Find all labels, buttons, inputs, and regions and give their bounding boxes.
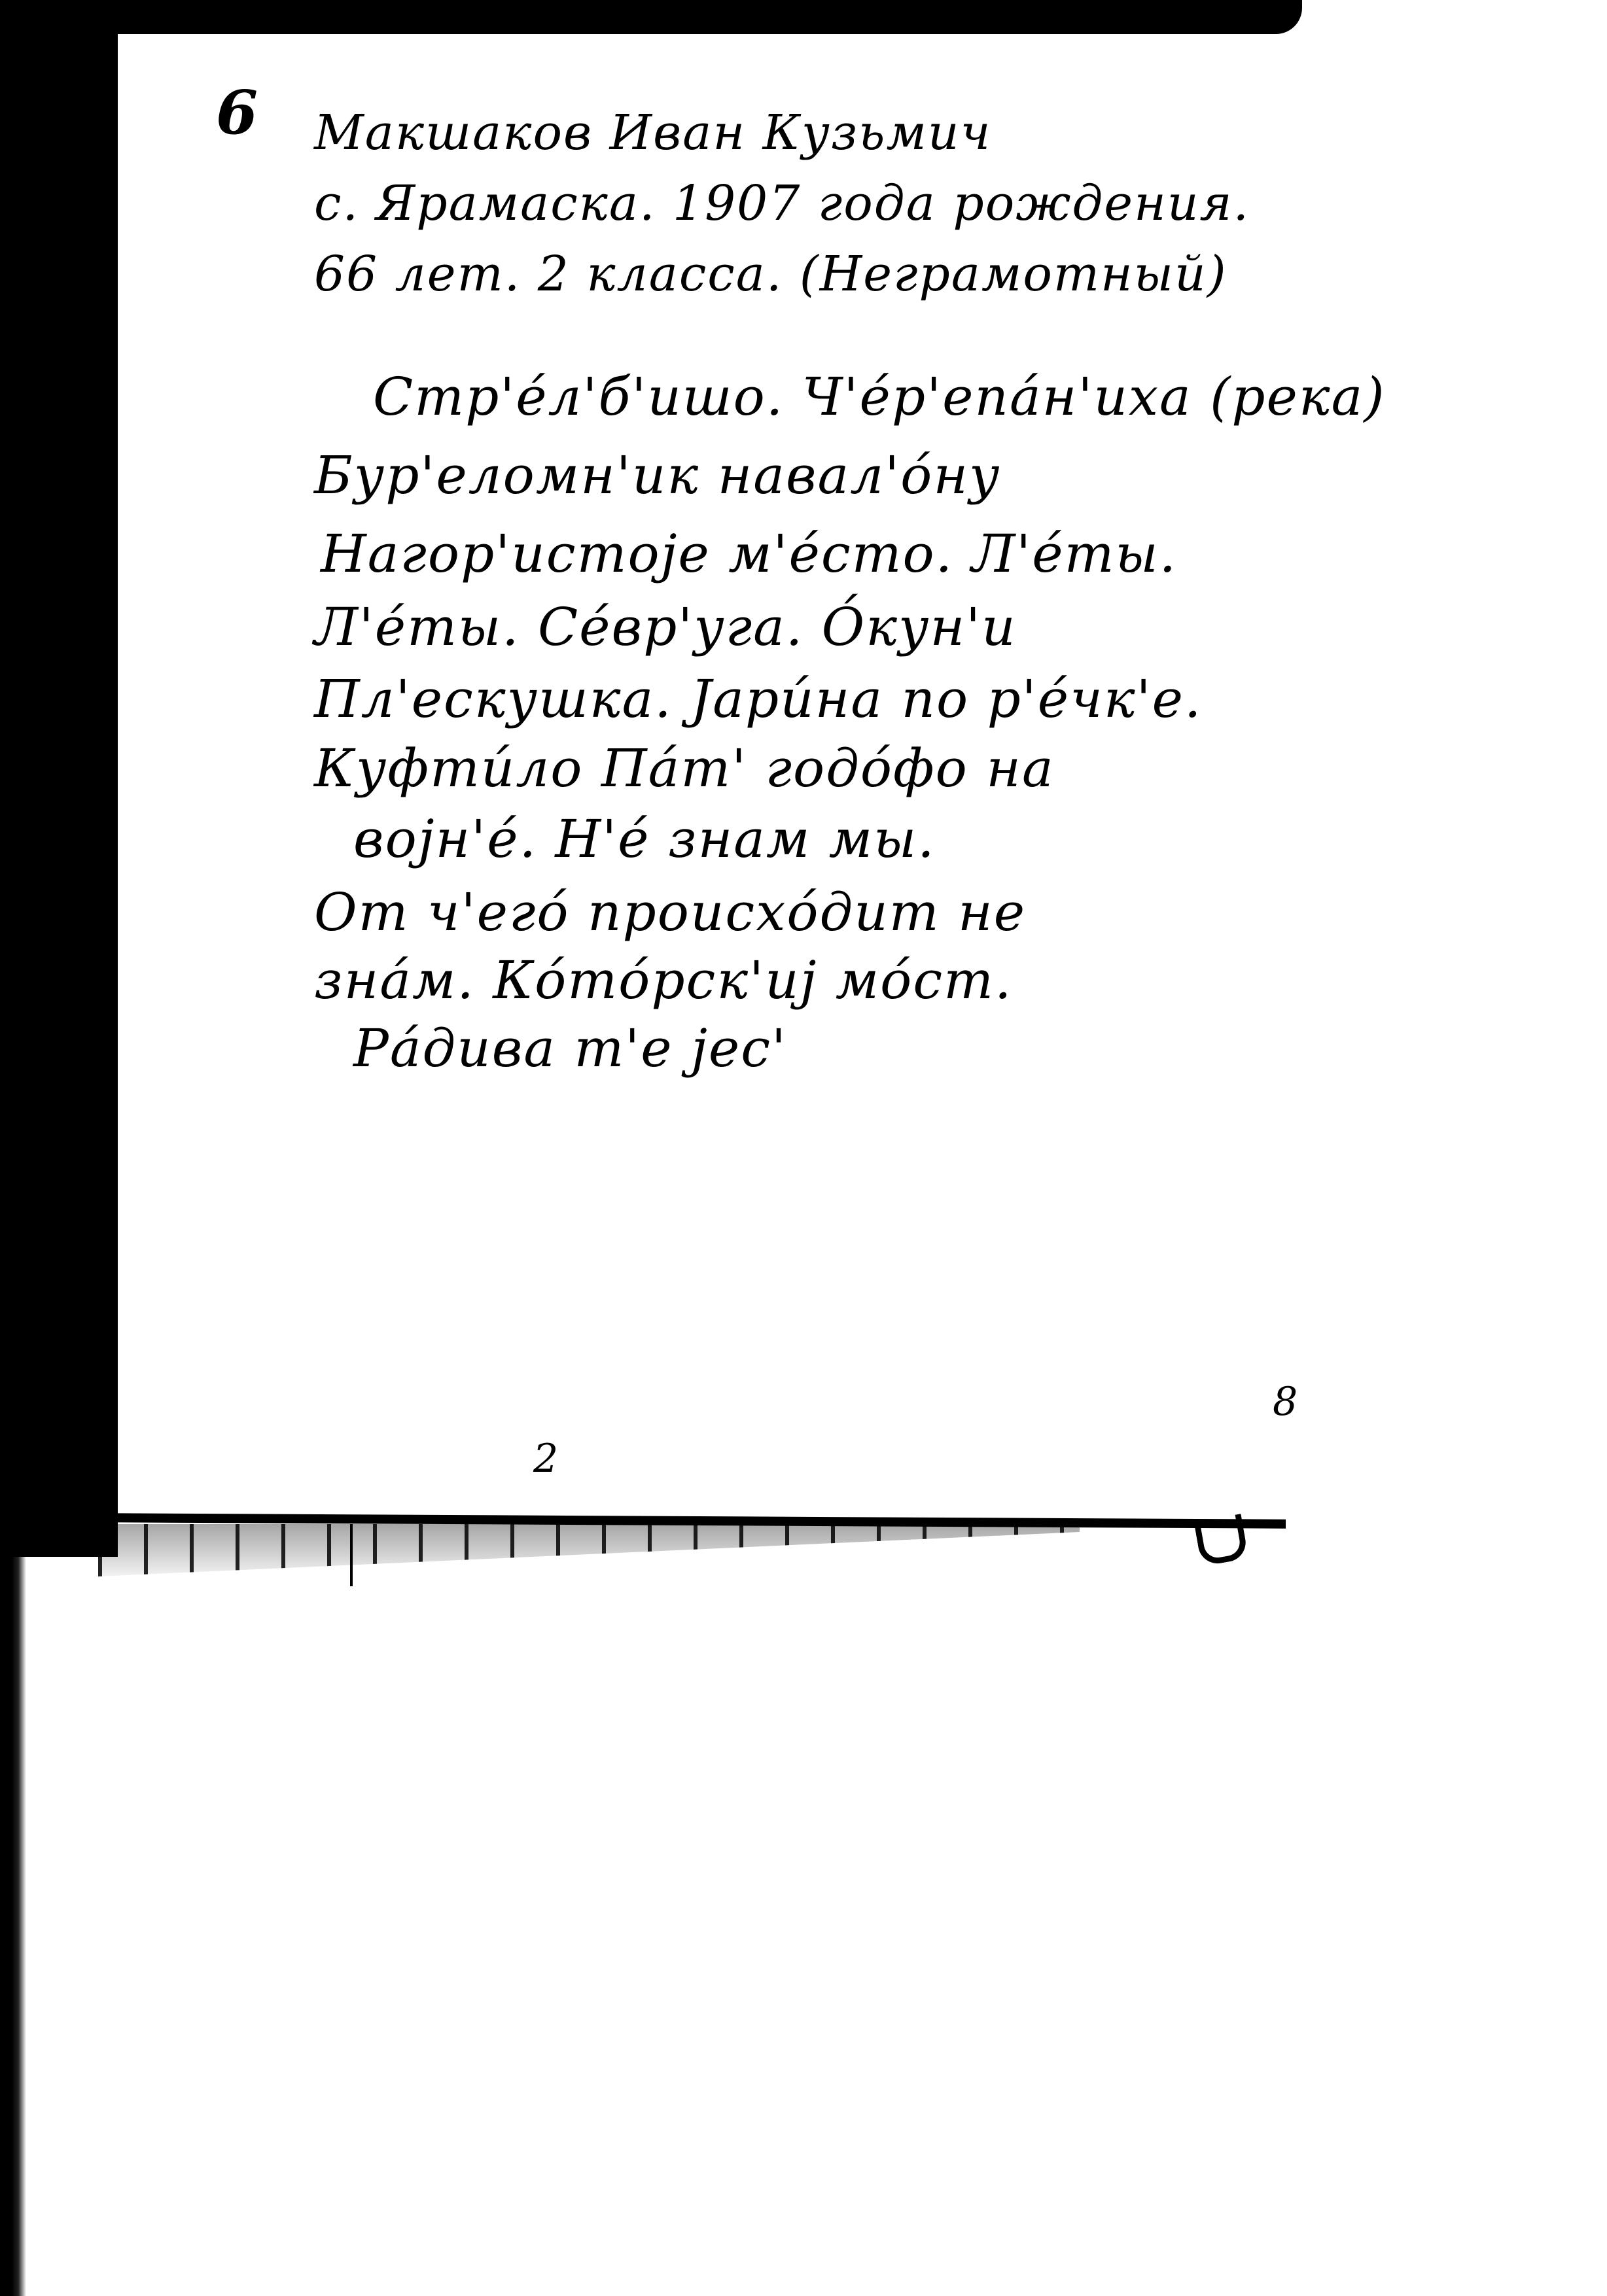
body-line: Ра́дива т'е jес': [353, 1018, 787, 1079]
header-line-age-education: 66 лет. 2 класса. (Неграмотный): [314, 246, 1227, 302]
body-line: зна́м. Ко́то́рск'иj мо́ст.: [314, 950, 1012, 1011]
hook-ink-mark: [1194, 1514, 1249, 1567]
scan-border-left-lower: [0, 1557, 26, 2296]
bottom-squiggle-mark: 2: [533, 1436, 558, 1482]
body-line: От ч'его́ происхо́дит не: [314, 882, 1026, 943]
body-line: Нагор'истоjе м'е́сто. Л'е́ты.: [321, 523, 1177, 584]
right-margin-mark: 8: [1273, 1379, 1298, 1425]
scan-border-left: [0, 0, 118, 1557]
torn-binding-strip: [98, 1524, 1080, 1576]
ink-stroke-mark: [350, 1524, 353, 1586]
body-line: Куфти́ло Па́т' годо́фо на: [314, 738, 1055, 799]
header-line-birthplace: с. Ярамаска. 1907 года рождения.: [314, 175, 1250, 232]
scan-border-top: [0, 0, 1302, 34]
header-line-name: Макшаков Иван Кузьмич: [314, 105, 992, 161]
body-line: Л'е́ты. Се́вр'уга. О́кун'и: [314, 597, 1017, 657]
body-line: воjн'е́. Н'е́ знам мы.: [353, 809, 936, 869]
body-line: Стр'е́л'б'ишо. Ч'е́р'епа́н'иха (река): [373, 366, 1386, 427]
entry-number: 6: [216, 77, 258, 148]
body-line: Пл'ескушка. Jари́на по р'е́чк'е.: [314, 669, 1202, 729]
body-line: Бур'еломн'ик навал'о́ну: [314, 445, 1000, 506]
